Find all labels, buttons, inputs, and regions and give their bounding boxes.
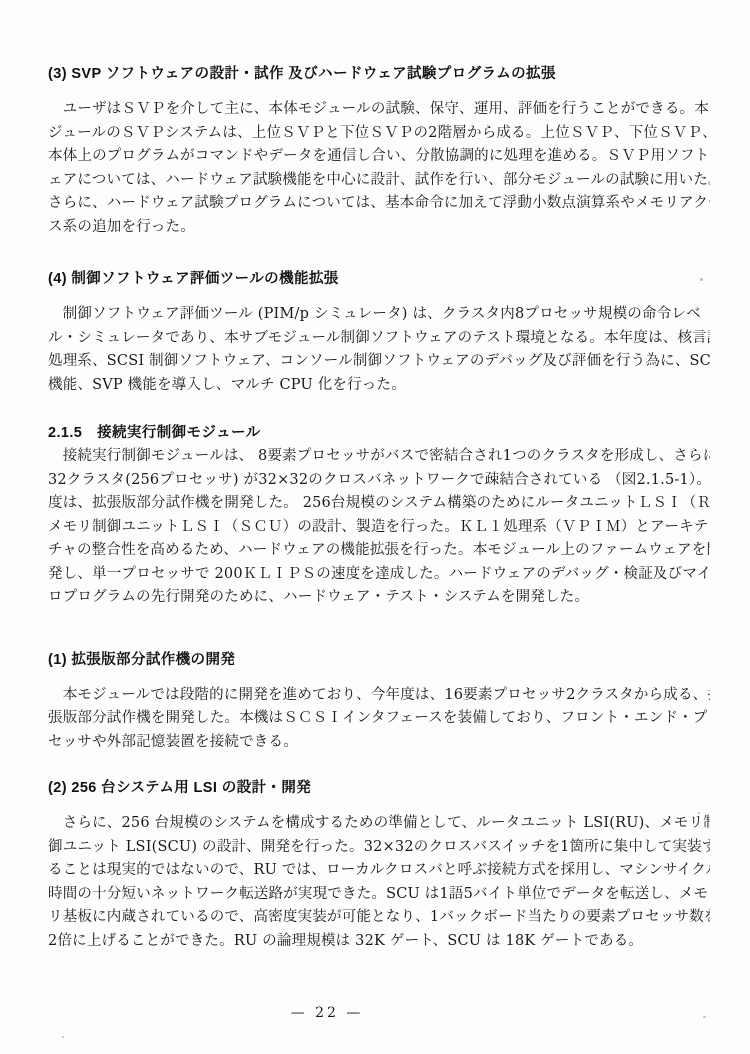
page-number: — 22 — [291,1005,364,1021]
paragraph-line: さらに、ハードウェア試験プログラムについては、基本命令に加えて浮動小数点演算系や… [48,192,710,216]
paragraph: さらに、256 台規模のシステムを構成するための準備として、ルータユニット LS… [48,812,710,953]
paragraph-line: ス系の追加を行った。 [48,216,710,240]
paragraph-line: 本モジュールでは段階的に開発を進めており、今年度は、16要素プロセッサ2クラスタ… [48,684,710,708]
paragraph: 制御ソフトウェア評価ツール (PIM/p シミュレータ) は、クラスタ内8プロセ… [48,303,710,397]
paragraph-line: メモリ制御ユニットＬＳＩ（ＳＣＵ）の設計、製造を行った。ＫＬ１処理系（ＶＰＩＭ）… [48,516,710,540]
section-heading: (4) 制御ソフトウェア評価ツールの機能拡張 [48,269,710,289]
paragraph-line: 時間の十分短いネットワーク転送路が実現できた。SCU は1語5バイト単位でデータ… [48,883,710,907]
paragraph-line: 本体上のプログラムがコマンドやデータを通信し合い、分散協調的に処理を進める。ＳＶ… [48,145,710,169]
section-heading: (1) 拡張版部分試作機の開発 [48,650,710,670]
paragraph-line: ることは現実的ではないので、RU では、ローカルクロスバと呼ぶ接続方式を採用し、… [48,859,710,883]
paragraph: 本モジュールでは段階的に開発を進めており、今年度は、16要素プロセッサ2クラスタ… [48,684,710,755]
paragraph-line: 32クラスタ(256プロセッサ) が32×32のクロスバネットワークで疎結合され… [48,469,710,493]
document-body: (3) SVP ソフトウェアの設計・試作 及びハードウェア試験プログラムの拡張 … [48,64,710,953]
paragraph-line: 処理系、SCSI 制御ソフトウェア、コンソール制御ソフトウェアのデバッグ及び評価… [48,350,710,374]
scan-speck [698,812,700,814]
paragraph-line: 2倍に上げることができた。RU の論理規模は 32K ゲート、SCU は 18K… [48,930,710,954]
paragraph-line: 制御ソフトウェア評価ツール (PIM/p シミュレータ) は、クラスタ内8プロセ… [48,303,710,327]
paragraph-line: ェアについては、ハードウェア試験機能を中心に設計、試作を行い、部分モジュールの試… [48,169,710,193]
section-heading: (3) SVP ソフトウェアの設計・試作 及びハードウェア試験プログラムの拡張 [48,64,710,84]
paragraph-line: 度は、拡張版部分試作機を開発した。 256台規模のシステム構築のためにルータユニ… [48,492,710,516]
paragraph-line: 機能、SVP 機能を導入し、マルチ CPU 化を行った。 [48,374,710,398]
paragraph-line: さらに、256 台規模のシステムを構成するための準備として、ルータユニット LS… [48,812,710,836]
paragraph-line: セッサや外部記憶装置を接続できる。 [48,731,710,755]
paragraph-line: ロプログラムの先行開発のために、ハードウェア・テスト・システムを開発した。 [48,586,710,610]
paragraph-line: ジュールのＳＶＰシステムは、上位ＳＶＰと下位ＳＶＰの2階層から成る。上位ＳＶＰ、… [48,122,710,146]
paragraph: 接続実行制御モジュールは、 8要素プロセッサがバスで密結合され1つのクラスタを形… [48,445,710,610]
section-heading: (2) 256 台システム用 LSI の設計・開発 [48,778,710,798]
paragraph-line: 張版部分試作機を開発した。本機はＳＣＳＩインタフェースを装備しており、フロント・… [48,707,710,731]
scan-speck [703,1016,706,1018]
section-heading: 2.1.5 接続実行制御モジュール [48,423,710,443]
page-footer: — 22 — [0,1004,750,1022]
paragraph-line: ル・シミュレータであり、本サブモジュール制御ソフトウェアのテスト環境となる。本年… [48,327,710,351]
scan-speck [62,1036,64,1038]
paragraph-line: 御ユニット LSI(SCU) の設計、開発を行った。32×32のクロスバスイッチ… [48,836,710,860]
paragraph-line: ユーザはＳＶＰを介して主に、本体モジュールの試験、保守、運用、評価を行うことがで… [48,98,710,122]
paragraph-line: 発し、単一プロセッサで 200ＫＬＩＰＳの速度を達成した。ハードウェアのデバッグ… [48,563,710,587]
paragraph: ユーザはＳＶＰを介して主に、本体モジュールの試験、保守、運用、評価を行うことがで… [48,98,710,239]
paragraph-line: 接続実行制御モジュールは、 8要素プロセッサがバスで密結合され1つのクラスタを形… [48,445,710,469]
paragraph-line: チャの整合性を高めるため、ハードウェアの機能拡張を行った。本モジュール上のファー… [48,539,710,563]
paragraph-line: リ基板に内蔵されているので、高密度実装が可能となり、1バックボード当たりの要素プ… [48,906,710,930]
scanned-report-page: (3) SVP ソフトウェアの設計・試作 及びハードウェア試験プログラムの拡張 … [0,0,750,1054]
scan-speck [700,278,703,281]
scan-speck [566,104,568,106]
